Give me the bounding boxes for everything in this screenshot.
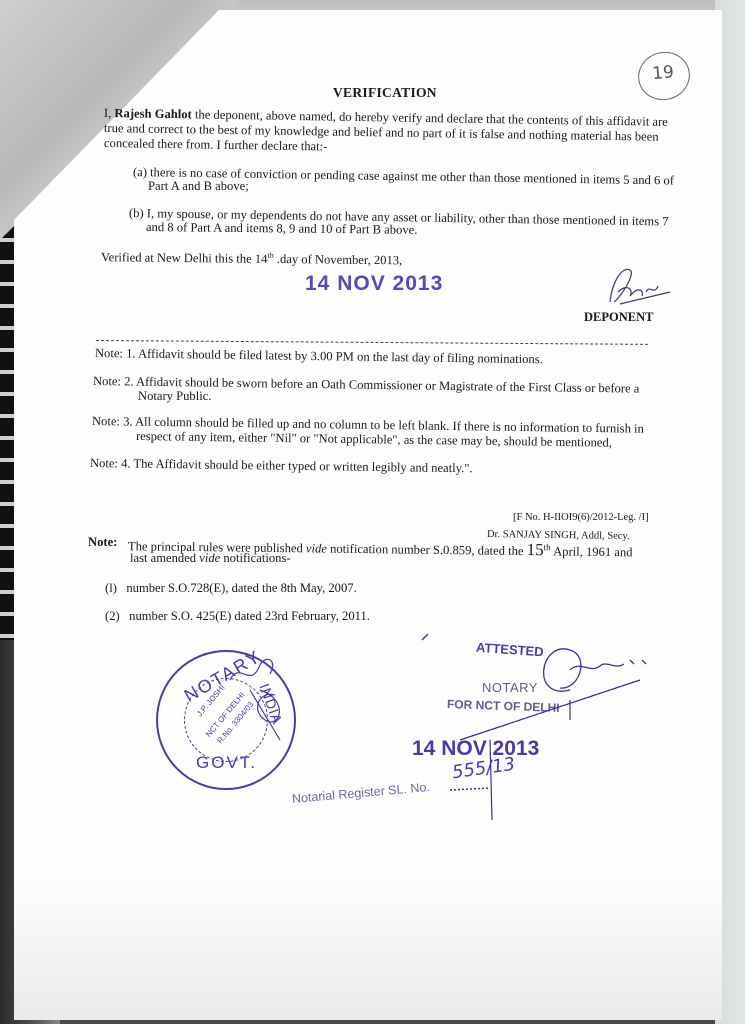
seal-text-bottom: GOVT. <box>196 754 257 772</box>
verified-at-line: Verified at New Delhi this the 14th .day… <box>101 247 402 267</box>
amendment-item: (l) number S.O.728(E), dated the 8th May… <box>105 581 357 595</box>
amendment-item: (2) number S.O. 425(E) dated 23rd Februa… <box>105 609 370 623</box>
page-shadow <box>14 880 722 1020</box>
seal-signature <box>220 650 300 750</box>
deponent-signature <box>600 262 680 312</box>
notary-signature <box>420 630 660 830</box>
final-note-line-2: last amended vide notifications- <box>130 551 291 565</box>
deponent-label: DEPONENT <box>584 310 653 324</box>
date-stamp-verification: 14 NOV 2013 <box>305 272 443 296</box>
file-reference: [F No. H-IIOI9(6)/2012-Leg. /I] <box>513 511 649 525</box>
deponent-name: Rajesh Gahlot <box>114 106 192 121</box>
page-title: VERIFICATION <box>333 86 437 100</box>
note-2-line-2: Notary Public. <box>138 389 211 403</box>
final-note-label: Note: <box>88 535 117 549</box>
